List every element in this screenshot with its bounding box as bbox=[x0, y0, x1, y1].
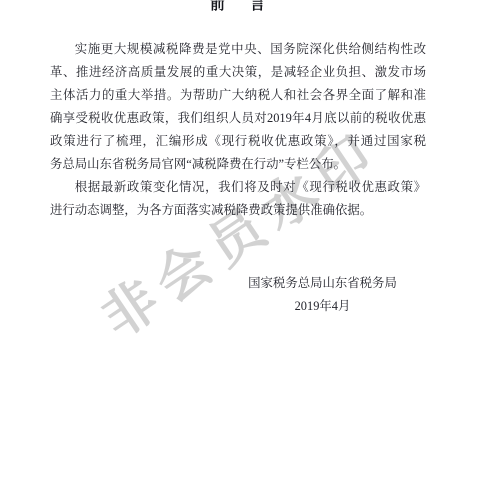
body-line: 政策进行了梳理，汇编形成《现行税收优惠政策》，并通过国家税 bbox=[50, 130, 426, 153]
document-page: 非会员水印 前 言 实施更大规模减税降费是党中央、国务院深化供给侧结构性改 革、… bbox=[0, 0, 480, 480]
body-line: 实施更大规模减税降费是党中央、国务院深化供给侧结构性改 bbox=[50, 38, 426, 61]
signature-block: 国家税务总局山东省税务局 2019年4月 bbox=[165, 272, 480, 318]
body-line: 确享受税收优惠政策，我们组织人员对2019年4月底以前的税收优惠 bbox=[50, 107, 426, 130]
body-line: 务总局山东省税务局官网“减税降费在行动”专栏公布。 bbox=[50, 153, 426, 176]
page-title: 前 言 bbox=[0, 0, 480, 14]
body-line: 进行动态调整，为各方面落实减税降费政策提供准确依据。 bbox=[50, 199, 426, 222]
body-text: 实施更大规模减税降费是党中央、国务院深化供给侧结构性改 革、推进经济高质量发展的… bbox=[50, 38, 426, 222]
signature-date: 2019年4月 bbox=[165, 295, 480, 318]
body-line: 根据最新政策变化情况，我们将及时对《现行税收优惠政策》 bbox=[50, 176, 426, 199]
body-line: 革、推进经济高质量发展的重大决策，是减轻企业负担、激发市场 bbox=[50, 61, 426, 84]
signature-org: 国家税务总局山东省税务局 bbox=[165, 272, 480, 295]
body-line: 主体活力的重大举措。为帮助广大纳税人和社会各界全面了解和准 bbox=[50, 84, 426, 107]
